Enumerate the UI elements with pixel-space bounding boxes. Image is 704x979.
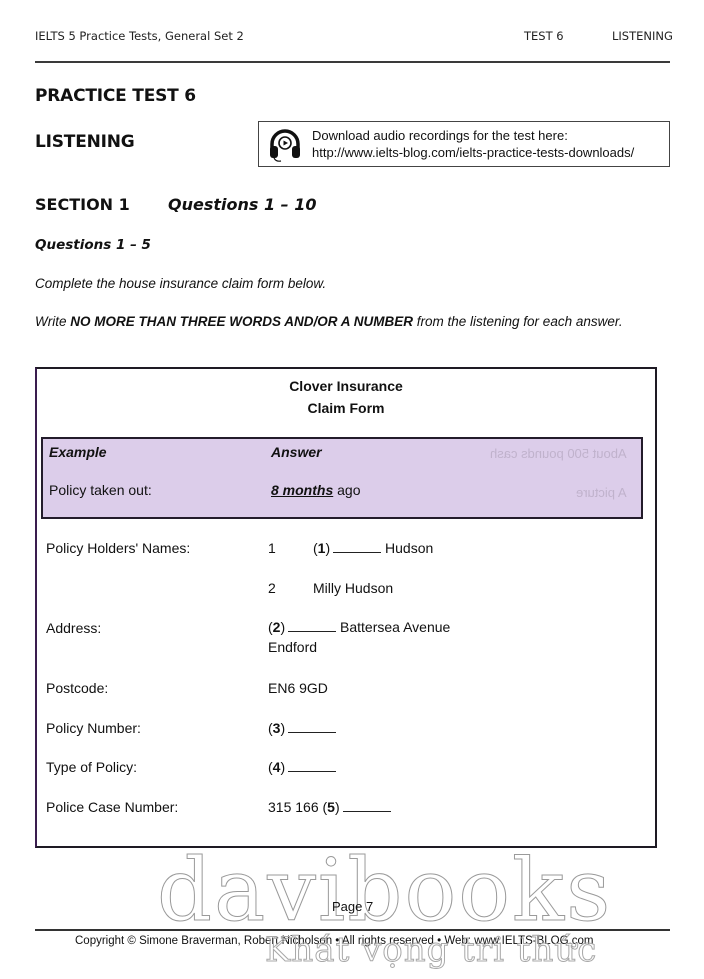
postcode-label: Postcode: (46, 680, 108, 696)
policy-holder-2: 2Milly Hudson (268, 578, 393, 598)
address-value: (2) Battersea Avenue Endford (268, 617, 450, 657)
watermark-logo: davibooks (157, 848, 612, 934)
book-title: IELTS 5 Practice Tests, General Set 2 (35, 29, 244, 43)
example-box: About 500 pounds cash A picture Example … (41, 437, 643, 519)
instruction-complete: Complete the house insurance claim form … (35, 276, 326, 291)
form-subtitle: Claim Form (37, 400, 655, 416)
download-link[interactable]: http://www.ielts-blog.com/ielts-practice… (312, 144, 634, 161)
instruction-word-limit: Write NO MORE THAN THREE WORDS AND/OR A … (35, 314, 623, 329)
address-label: Address: (46, 620, 101, 636)
police-case-value: 315 166 (5) (268, 797, 391, 817)
example-answer: 8 months ago (271, 482, 360, 498)
watermark-slogan: Khát vọng tri thức (265, 933, 597, 967)
example-label: Policy taken out: (49, 482, 152, 498)
policy-holder-1: 1(1) Hudson (268, 538, 433, 558)
policy-number-label: Policy Number: (46, 720, 141, 736)
answer-header: Answer (271, 444, 322, 460)
example-header: Example (49, 444, 107, 460)
answer-blank-3[interactable] (288, 720, 336, 733)
download-text: Download audio recordings for the test h… (312, 127, 634, 144)
section-heading: SECTION 1 (35, 195, 130, 214)
download-audio-box: Download audio recordings for the test h… (258, 121, 670, 167)
bleed-through-text: A picture (576, 485, 627, 500)
policy-holders-label: Policy Holders' Names: (46, 540, 190, 556)
practice-test-title: PRACTICE TEST 6 (35, 86, 196, 106)
header-divider (35, 61, 670, 63)
form-title: Clover Insurance (37, 378, 655, 394)
policy-type-value: (4) (268, 757, 336, 777)
police-case-label: Police Case Number: (46, 799, 178, 815)
headphones-icon (267, 127, 303, 163)
claim-form: Clover Insurance Claim Form About 500 po… (35, 367, 657, 848)
answer-blank-2[interactable] (288, 619, 336, 632)
policy-type-label: Type of Policy: (46, 759, 137, 775)
section-questions: Questions 1 – 10 (168, 195, 317, 214)
answer-blank-1[interactable] (333, 540, 381, 553)
section-label: LISTENING (612, 29, 673, 43)
bleed-through-text: About 500 pounds cash (490, 446, 627, 461)
test-label: TEST 6 (524, 29, 564, 43)
answer-blank-4[interactable] (288, 759, 336, 772)
answer-blank-5[interactable] (343, 799, 391, 812)
page-number: Page 7 (332, 899, 373, 914)
postcode-value: EN6 9GD (268, 678, 328, 698)
sub-questions-heading: Questions 1 – 5 (35, 237, 151, 253)
policy-number-value: (3) (268, 718, 336, 738)
listening-title: LISTENING (35, 132, 135, 152)
